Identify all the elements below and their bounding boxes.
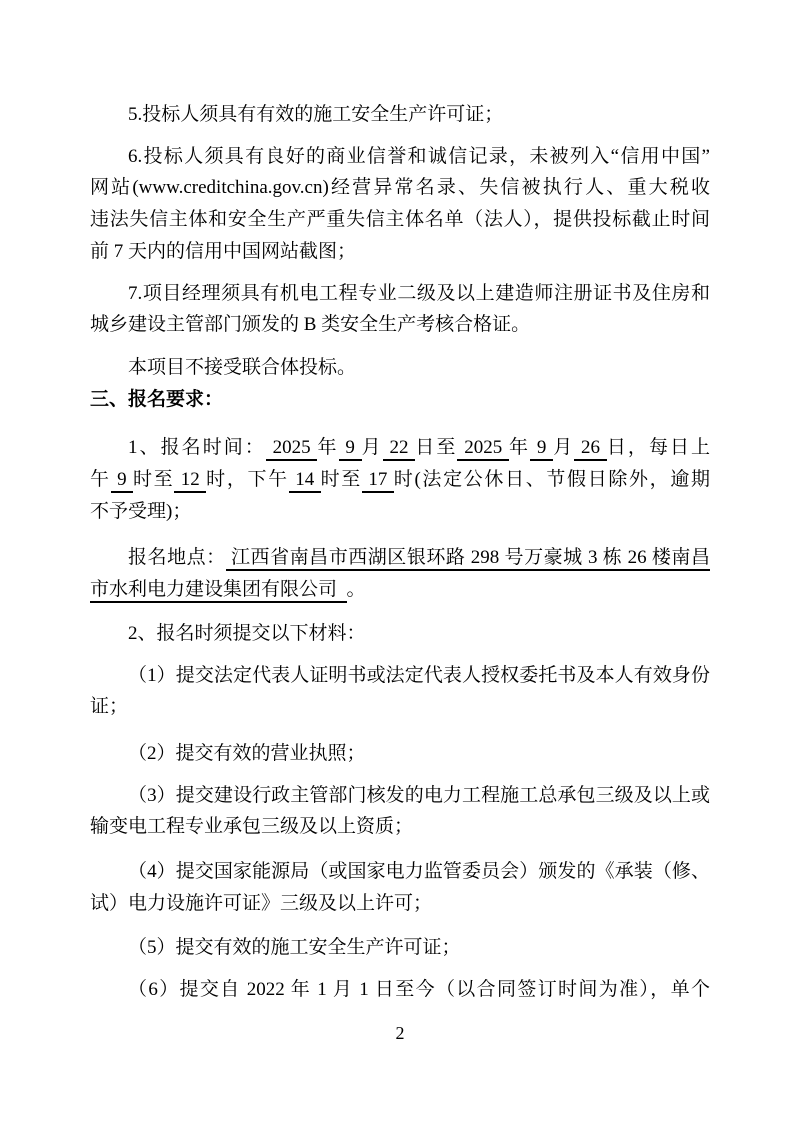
text-run: 报名地点： bbox=[128, 547, 226, 568]
text-run: 本项目不接受联合体投标。 bbox=[128, 357, 356, 378]
text-line: （5）提交有效的施工安全生产许可证； bbox=[90, 932, 710, 964]
paragraph-material-4: （4）提交国家能源局（或国家电力监管委员会）颁发的《承装（修、试）电力设施许可证… bbox=[90, 856, 710, 919]
text-line: （3）提交建设行政主管部门核发的电力工程施工总承包三级及以上或 bbox=[90, 780, 710, 812]
text-run: 5.投标人须具有有效的施工安全生产许可证； bbox=[128, 104, 503, 125]
text-line: 2、报名时须提交以下材料： bbox=[90, 618, 710, 650]
text-run: 时至 bbox=[321, 469, 362, 490]
paragraph-section-3-heading: 三、报名要求： bbox=[90, 384, 710, 416]
underlined-field: 26 bbox=[574, 437, 607, 461]
text-run: 午 bbox=[90, 469, 111, 490]
text-run: 时，下午 bbox=[206, 469, 289, 490]
paragraph-no-consortium-note: 本项目不接受联合体投标。 bbox=[90, 352, 710, 384]
text-line: （2）提交有效的营业执照； bbox=[90, 738, 710, 770]
underlined-field: 2025 bbox=[266, 437, 318, 461]
text-run: （1）提交法定代表人证明书或法定代表人授权委托书及本人有效身份 bbox=[128, 665, 710, 686]
text-run: 输变电工程专业承包三级及以上资质； bbox=[90, 816, 413, 837]
underlined-field: 17 bbox=[362, 469, 394, 493]
paragraph-material-3: （3）提交建设行政主管部门核发的电力工程施工总承包三级及以上或输变电工程专业承包… bbox=[90, 780, 710, 843]
text-line: 网站(www.creditchina.gov.cn)经营异常名录、失信被执行人、… bbox=[90, 172, 710, 204]
text-run: 。 bbox=[347, 579, 366, 600]
text-run: 6.投标人须具有良好的商业信誉和诚信记录，未被列入“信用中国” bbox=[128, 146, 710, 167]
underlined-field: 9 bbox=[111, 469, 133, 493]
text-run: （2）提交有效的营业执照； bbox=[128, 743, 366, 764]
text-line: 6.投标人须具有良好的商业信誉和诚信记录，未被列入“信用中国” bbox=[90, 141, 710, 173]
text-run: 试）电力设施许可证》三级及以上许可； bbox=[90, 893, 432, 914]
paragraph-material-6: （6）提交自 2022 年 1 月 1 日至今（以合同签订时间为准），单个 bbox=[90, 974, 710, 1006]
paragraph-item-5: 5.投标人须具有有效的施工安全生产许可证； bbox=[90, 99, 710, 131]
text-run: 年 bbox=[317, 437, 338, 458]
text-line: 三、报名要求： bbox=[90, 384, 710, 416]
page-footer: 2 bbox=[0, 1023, 800, 1043]
underlined-field: 市水利电力建设集团有限公司 bbox=[90, 579, 347, 603]
text-line: 市水利电力建设集团有限公司 。 bbox=[90, 574, 710, 606]
text-run: 证； bbox=[90, 696, 128, 717]
text-run: 月 bbox=[553, 437, 574, 458]
text-line: 试）电力设施许可证》三级及以上许可； bbox=[90, 888, 710, 920]
paragraph-material-2: （2）提交有效的营业执照； bbox=[90, 738, 710, 770]
underlined-field: 2025 bbox=[457, 437, 509, 461]
paragraph-material-5: （5）提交有效的施工安全生产许可证； bbox=[90, 932, 710, 964]
paragraph-item-2-materials: 2、报名时须提交以下材料： bbox=[90, 618, 710, 650]
text-run: 网站(www.creditchina.gov.cn)经营异常名录、失信被执行人、… bbox=[90, 177, 710, 198]
text-line: 证； bbox=[90, 691, 710, 723]
text-run: 年 bbox=[509, 437, 530, 458]
underlined-field: 江西省南昌市西湖区银环路 298 号万豪城 3 栋 26 楼南昌 bbox=[226, 547, 710, 571]
text-run: 日至 bbox=[415, 437, 457, 458]
text-line: 1、报名时间： 2025 年 9 月 22 日至 2025 年 9 月 26 日… bbox=[90, 432, 710, 464]
text-line: 午 9 时至 12 时，下午 14 时至 17 时(法定公休日、节假日除外，逾期 bbox=[90, 464, 710, 496]
text-line: （4）提交国家能源局（或国家电力监管委员会）颁发的《承装（修、 bbox=[90, 856, 710, 888]
paragraph-material-1: （1）提交法定代表人证明书或法定代表人授权委托书及本人有效身份证； bbox=[90, 660, 710, 723]
text-line: 违法失信主体和安全生产严重失信主体名单（法人），提供投标截止时间 bbox=[90, 204, 710, 236]
text-line: 本项目不接受联合体投标。 bbox=[90, 352, 710, 384]
text-run: 2、报名时须提交以下材料： bbox=[128, 623, 366, 644]
page-number: 2 bbox=[396, 1023, 405, 1043]
text-line: （6）提交自 2022 年 1 月 1 日至今（以合同签订时间为准），单个 bbox=[90, 974, 710, 1006]
text-run: 月 bbox=[362, 437, 383, 458]
text-run: 1、报名时间： bbox=[128, 437, 266, 458]
paragraph-registration-address: 报名地点： 江西省南昌市西湖区银环路 298 号万豪城 3 栋 26 楼南昌市水… bbox=[90, 542, 710, 605]
paragraph-registration-time: 1、报名时间： 2025 年 9 月 22 日至 2025 年 9 月 26 日… bbox=[90, 432, 710, 527]
text-line: 不予受理)； bbox=[90, 496, 710, 528]
text-run: 不予受理)； bbox=[90, 501, 191, 522]
text-line: 输变电工程专业承包三级及以上资质； bbox=[90, 811, 710, 843]
text-run: 违法失信主体和安全生产严重失信主体名单（法人），提供投标截止时间 bbox=[90, 209, 710, 230]
text-line: 前 7 天内的信用中国网站截图； bbox=[90, 236, 710, 268]
text-run: 城乡建设主管部门颁发的 B 类安全生产考核合格证。 bbox=[90, 314, 530, 335]
text-run: （5）提交有效的施工安全生产许可证； bbox=[128, 937, 461, 958]
text-line: （1）提交法定代表人证明书或法定代表人授权委托书及本人有效身份 bbox=[90, 660, 710, 692]
underlined-field: 12 bbox=[174, 469, 206, 493]
text-line: 报名地点： 江西省南昌市西湖区银环路 298 号万豪城 3 栋 26 楼南昌 bbox=[90, 542, 710, 574]
document-body: 5.投标人须具有有效的施工安全生产许可证；6.投标人须具有良好的商业信誉和诚信记… bbox=[0, 0, 800, 1006]
text-run: （3）提交建设行政主管部门核发的电力工程施工总承包三级及以上或 bbox=[128, 785, 710, 806]
paragraph-item-7: 7.项目经理须具有机电工程专业二级及以上建造师注册证书及住房和城乡建设主管部门颁… bbox=[90, 278, 710, 341]
text-run: 前 7 天内的信用中国网站截图； bbox=[90, 241, 356, 262]
text-line: 7.项目经理须具有机电工程专业二级及以上建造师注册证书及住房和 bbox=[90, 278, 710, 310]
text-run: 时至 bbox=[133, 469, 174, 490]
paragraph-item-6: 6.投标人须具有良好的商业信誉和诚信记录，未被列入“信用中国”网站(www.cr… bbox=[90, 141, 710, 268]
document-page: { "document": { "paragraphs": [ { "name"… bbox=[0, 0, 800, 1131]
text-run: 日，每日上 bbox=[607, 437, 710, 458]
text-run: 7.项目经理须具有机电工程专业二级及以上建造师注册证书及住房和 bbox=[128, 283, 710, 304]
text-run: 时(法定公休日、节假日除外，逾期 bbox=[394, 469, 710, 490]
underlined-field: 9 bbox=[339, 437, 362, 461]
text-line: 城乡建设主管部门颁发的 B 类安全生产考核合格证。 bbox=[90, 309, 710, 341]
text-run: （4）提交国家能源局（或国家电力监管委员会）颁发的《承装（修、 bbox=[128, 861, 710, 882]
underlined-field: 22 bbox=[383, 437, 416, 461]
underlined-field: 9 bbox=[530, 437, 553, 461]
text-run: （6）提交自 2022 年 1 月 1 日至今（以合同签订时间为准），单个 bbox=[128, 979, 710, 1000]
text-line: 5.投标人须具有有效的施工安全生产许可证； bbox=[90, 99, 710, 131]
text-run: 三、报名要求： bbox=[90, 389, 223, 410]
underlined-field: 14 bbox=[289, 469, 321, 493]
